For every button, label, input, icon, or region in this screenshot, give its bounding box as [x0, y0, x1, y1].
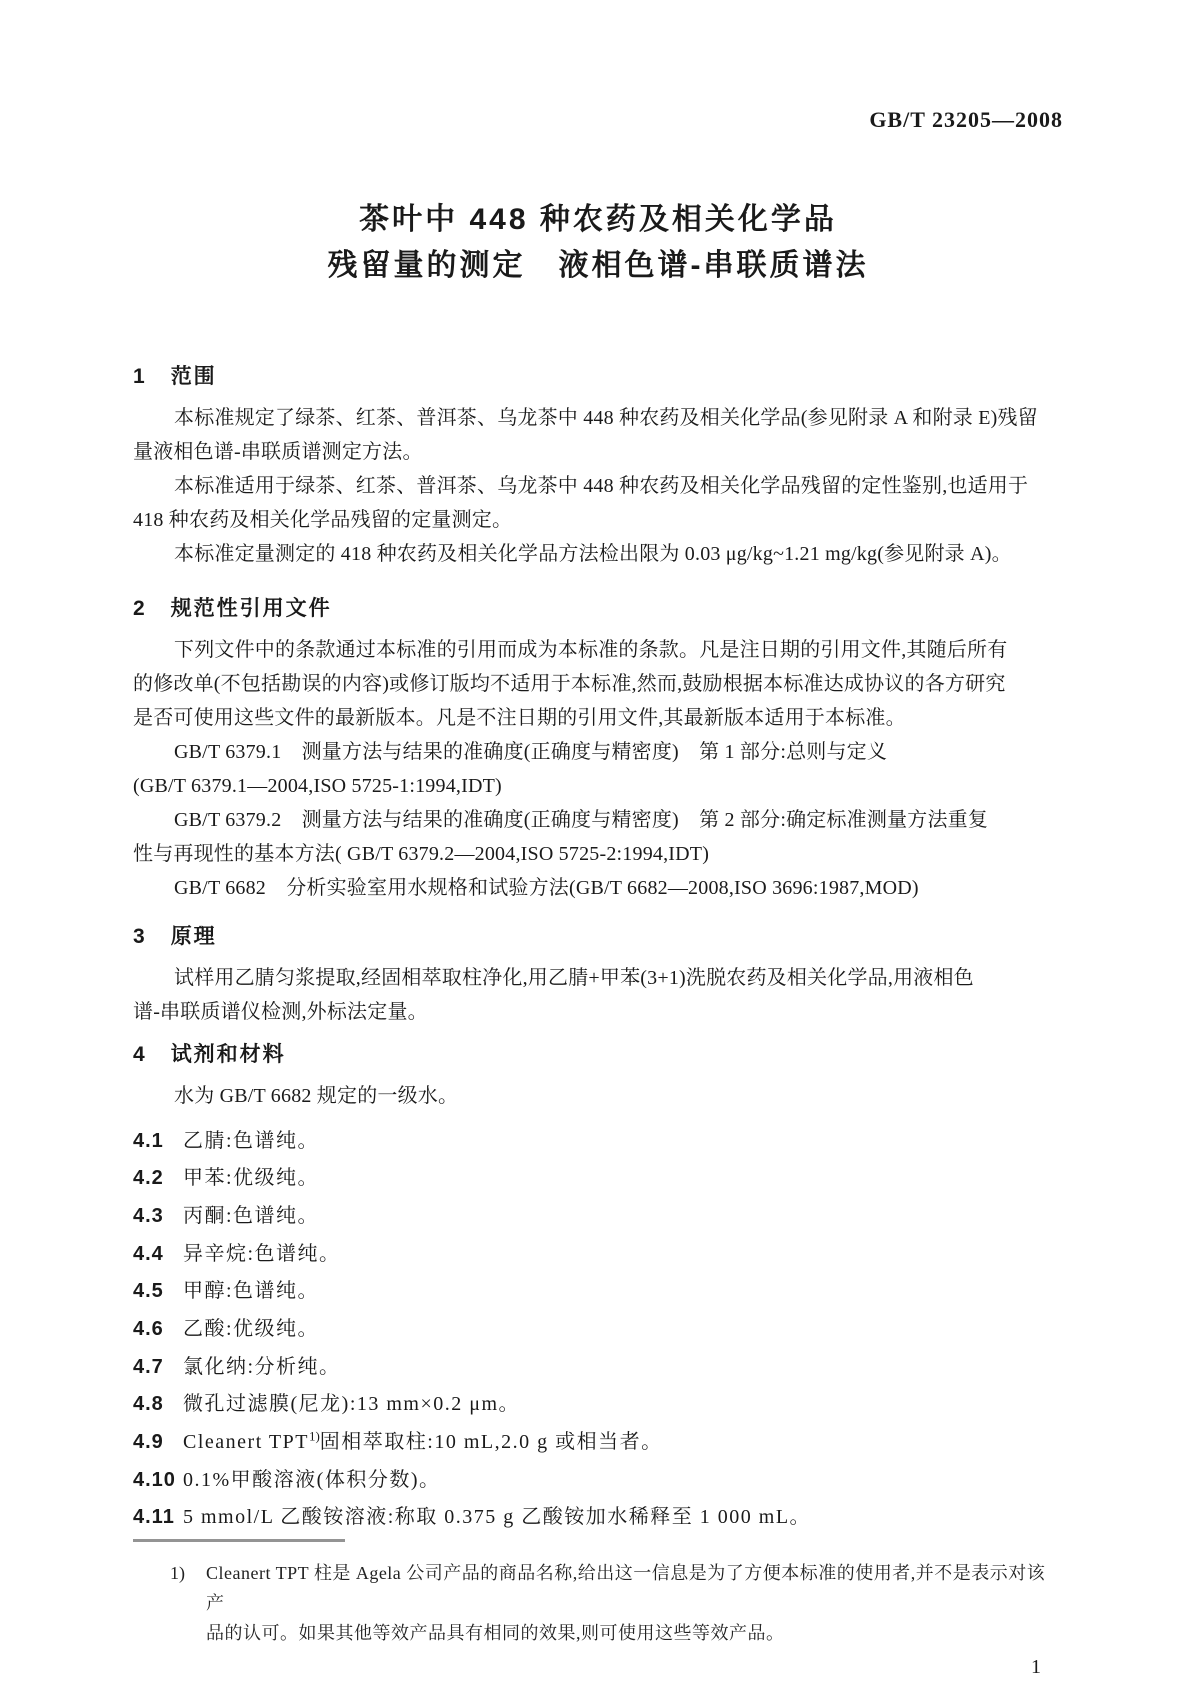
paragraph-line: 试样用乙腈匀浆提取,经固相萃取柱净化,用乙腈+甲苯(3+1)洗脱农药及相关化学品…	[133, 961, 1063, 995]
reagent-item: 4.4异辛烷:色谱纯。	[133, 1232, 1063, 1270]
item-number: 4.1	[133, 1126, 183, 1157]
item-text: 0.1%甲酸溶液(体积分数)。	[183, 1469, 440, 1491]
paragraph-line: 下列文件中的条款通过本标准的引用而成为本标准的条款。凡是注日期的引用文件,其随后…	[133, 633, 1063, 667]
reagent-item: 4.2甲苯:优级纯。	[133, 1157, 1063, 1195]
item-number: 4.4	[133, 1239, 183, 1270]
footnote-line: 品的认可。如果其他等效产品具有相同的效果,则可使用这些等效产品。	[206, 1618, 1063, 1648]
reference-line: GB/T 6379.1 测量方法与结果的准确度(正确度与精密度) 第 1 部分:…	[133, 735, 1063, 769]
item-text: 乙腈:色谱纯。	[183, 1130, 319, 1152]
footnote-divider	[133, 1539, 345, 1542]
section-3-body: 试样用乙腈匀浆提取,经固相萃取柱净化,用乙腈+甲苯(3+1)洗脱农药及相关化学品…	[133, 961, 1063, 1029]
reagent-item: 4.115 mmol/L 乙酸铵溶液:称取 0.375 g 乙酸铵加水稀释至 1…	[133, 1496, 1063, 1534]
item-text: 甲苯:优级纯。	[183, 1167, 319, 1189]
item-text: 异辛烷:色谱纯。	[183, 1243, 341, 1265]
paragraph-line: 的修改单(不包括勘误的内容)或修订版均不适用于本标准,然而,鼓励根据本标准达成协…	[133, 667, 1063, 701]
item-text: 氯化纳:分析纯。	[183, 1356, 341, 1378]
section-2-title: 规范性引用文件	[171, 597, 332, 620]
reagent-item: 4.8微孔过滤膜(尼龙):13 mm×0.2 μm。	[133, 1383, 1063, 1421]
section-1-number: 1	[133, 363, 145, 391]
section-3-heading: 3原理	[133, 923, 1063, 951]
reference-line: (GB/T 6379.1—2004,ISO 5725-1:1994,IDT)	[133, 769, 1063, 803]
section-4-number: 4	[133, 1041, 145, 1069]
standard-code: GB/T 23205—2008	[133, 0, 1063, 133]
item-number: 4.10	[133, 1465, 183, 1496]
footnote-number: 1)	[170, 1558, 206, 1648]
paragraph-line: 本标准适用于绿茶、红茶、普洱茶、乌龙茶中 448 种农药及相关化学品残留的定性鉴…	[133, 469, 1063, 503]
doc-title: 茶叶中 448 种农药及相关化学品 残留量的测定 液相色谱-串联质谱法	[133, 197, 1063, 289]
document-page: GB/T 23205—2008 茶叶中 448 种农药及相关化学品 残留量的测定…	[0, 0, 1191, 1684]
doc-title-line2: 残留量的测定 液相色谱-串联质谱法	[133, 243, 1063, 289]
item-text: 5 mmol/L 乙酸铵溶液:称取 0.375 g 乙酸铵加水稀释至 1 000…	[183, 1506, 811, 1528]
page-number: 1	[133, 1656, 1063, 1679]
section-4-title: 试剂和材料	[171, 1043, 286, 1066]
item-number: 4.5	[133, 1276, 183, 1307]
section-1-heading: 1范围	[133, 363, 1063, 391]
paragraph-line: 谱-串联质谱仪检测,外标法定量。	[133, 995, 1063, 1029]
item-number: 4.6	[133, 1314, 183, 1345]
reagent-item: 4.3丙酮:色谱纯。	[133, 1194, 1063, 1232]
reagent-item: 4.1乙腈:色谱纯。	[133, 1119, 1063, 1157]
item-text: Cleanert TPT1)固相萃取柱:10 mL,2.0 g 或相当者。	[183, 1431, 663, 1453]
reagent-item: 4.7氯化纳:分析纯。	[133, 1345, 1063, 1383]
item-text: 乙酸:优级纯。	[183, 1318, 319, 1340]
item-text: 丙酮:色谱纯。	[183, 1205, 319, 1227]
reagent-item: 4.100.1%甲酸溶液(体积分数)。	[133, 1458, 1063, 1496]
paragraph-line: 418 种农药及相关化学品残留的定量测定。	[133, 503, 1063, 537]
reagent-item: 4.6乙酸:优级纯。	[133, 1307, 1063, 1345]
footnote-marker: 1)	[309, 1428, 320, 1443]
reference-line: GB/T 6682 分析实验室用水规格和试验方法(GB/T 6682—2008,…	[133, 871, 1063, 905]
section-4-heading: 4试剂和材料	[133, 1041, 1063, 1069]
section-2-body: 下列文件中的条款通过本标准的引用而成为本标准的条款。凡是注日期的引用文件,其随后…	[133, 633, 1063, 905]
reagent-list: 4.1乙腈:色谱纯。 4.2甲苯:优级纯。 4.3丙酮:色谱纯。 4.4异辛烷:…	[133, 1119, 1063, 1533]
item-text: 甲醇:色谱纯。	[183, 1280, 319, 1302]
reference-line: 性与再现性的基本方法( GB/T 6379.2—2004,ISO 5725-2:…	[133, 837, 1063, 871]
reference-line: GB/T 6379.2 测量方法与结果的准确度(正确度与精密度) 第 2 部分:…	[133, 803, 1063, 837]
section-3-title: 原理	[171, 925, 217, 948]
section-3-number: 3	[133, 923, 145, 951]
footnote-text: Cleanert TPT 柱是 Agela 公司产品的商品名称,给出这一信息是为…	[206, 1558, 1063, 1648]
paragraph-line: 是否可使用这些文件的最新版本。凡是不注日期的引用文件,其最新版本适用于本标准。	[133, 701, 1063, 735]
item-number: 4.9	[133, 1427, 183, 1458]
section-1-body: 本标准规定了绿茶、红茶、普洱茶、乌龙茶中 448 种农药及相关化学品(参见附录 …	[133, 401, 1063, 571]
item-number: 4.8	[133, 1389, 183, 1420]
item-number: 4.3	[133, 1201, 183, 1232]
paragraph-line: 水为 GB/T 6682 规定的一级水。	[133, 1079, 1063, 1113]
item-text: 微孔过滤膜(尼龙):13 mm×0.2 μm。	[183, 1393, 520, 1415]
paragraph-line: 量液相色谱-串联质谱测定方法。	[133, 435, 1063, 469]
item-number: 4.7	[133, 1352, 183, 1383]
doc-title-line1: 茶叶中 448 种农药及相关化学品	[133, 197, 1063, 243]
section-2-heading: 2规范性引用文件	[133, 595, 1063, 623]
footnote-line: Cleanert TPT 柱是 Agela 公司产品的商品名称,给出这一信息是为…	[206, 1558, 1063, 1618]
item-number: 4.2	[133, 1163, 183, 1194]
section-4-body: 水为 GB/T 6682 规定的一级水。 4.1乙腈:色谱纯。 4.2甲苯:优级…	[133, 1079, 1063, 1533]
reagent-item: 4.9Cleanert TPT1)固相萃取柱:10 mL,2.0 g 或相当者。	[133, 1420, 1063, 1458]
section-2-number: 2	[133, 595, 145, 623]
paragraph-line: 本标准定量测定的 418 种农药及相关化学品方法检出限为 0.03 μg/kg~…	[133, 537, 1063, 571]
section-1-title: 范围	[171, 365, 217, 388]
footnote: 1) Cleanert TPT 柱是 Agela 公司产品的商品名称,给出这一信…	[170, 1558, 1063, 1648]
paragraph-line: 本标准规定了绿茶、红茶、普洱茶、乌龙茶中 448 种农药及相关化学品(参见附录 …	[133, 401, 1063, 435]
item-number: 4.11	[133, 1502, 183, 1533]
page-content: GB/T 23205—2008 茶叶中 448 种农药及相关化学品 残留量的测定…	[0, 0, 1191, 1679]
reagent-item: 4.5甲醇:色谱纯。	[133, 1270, 1063, 1308]
